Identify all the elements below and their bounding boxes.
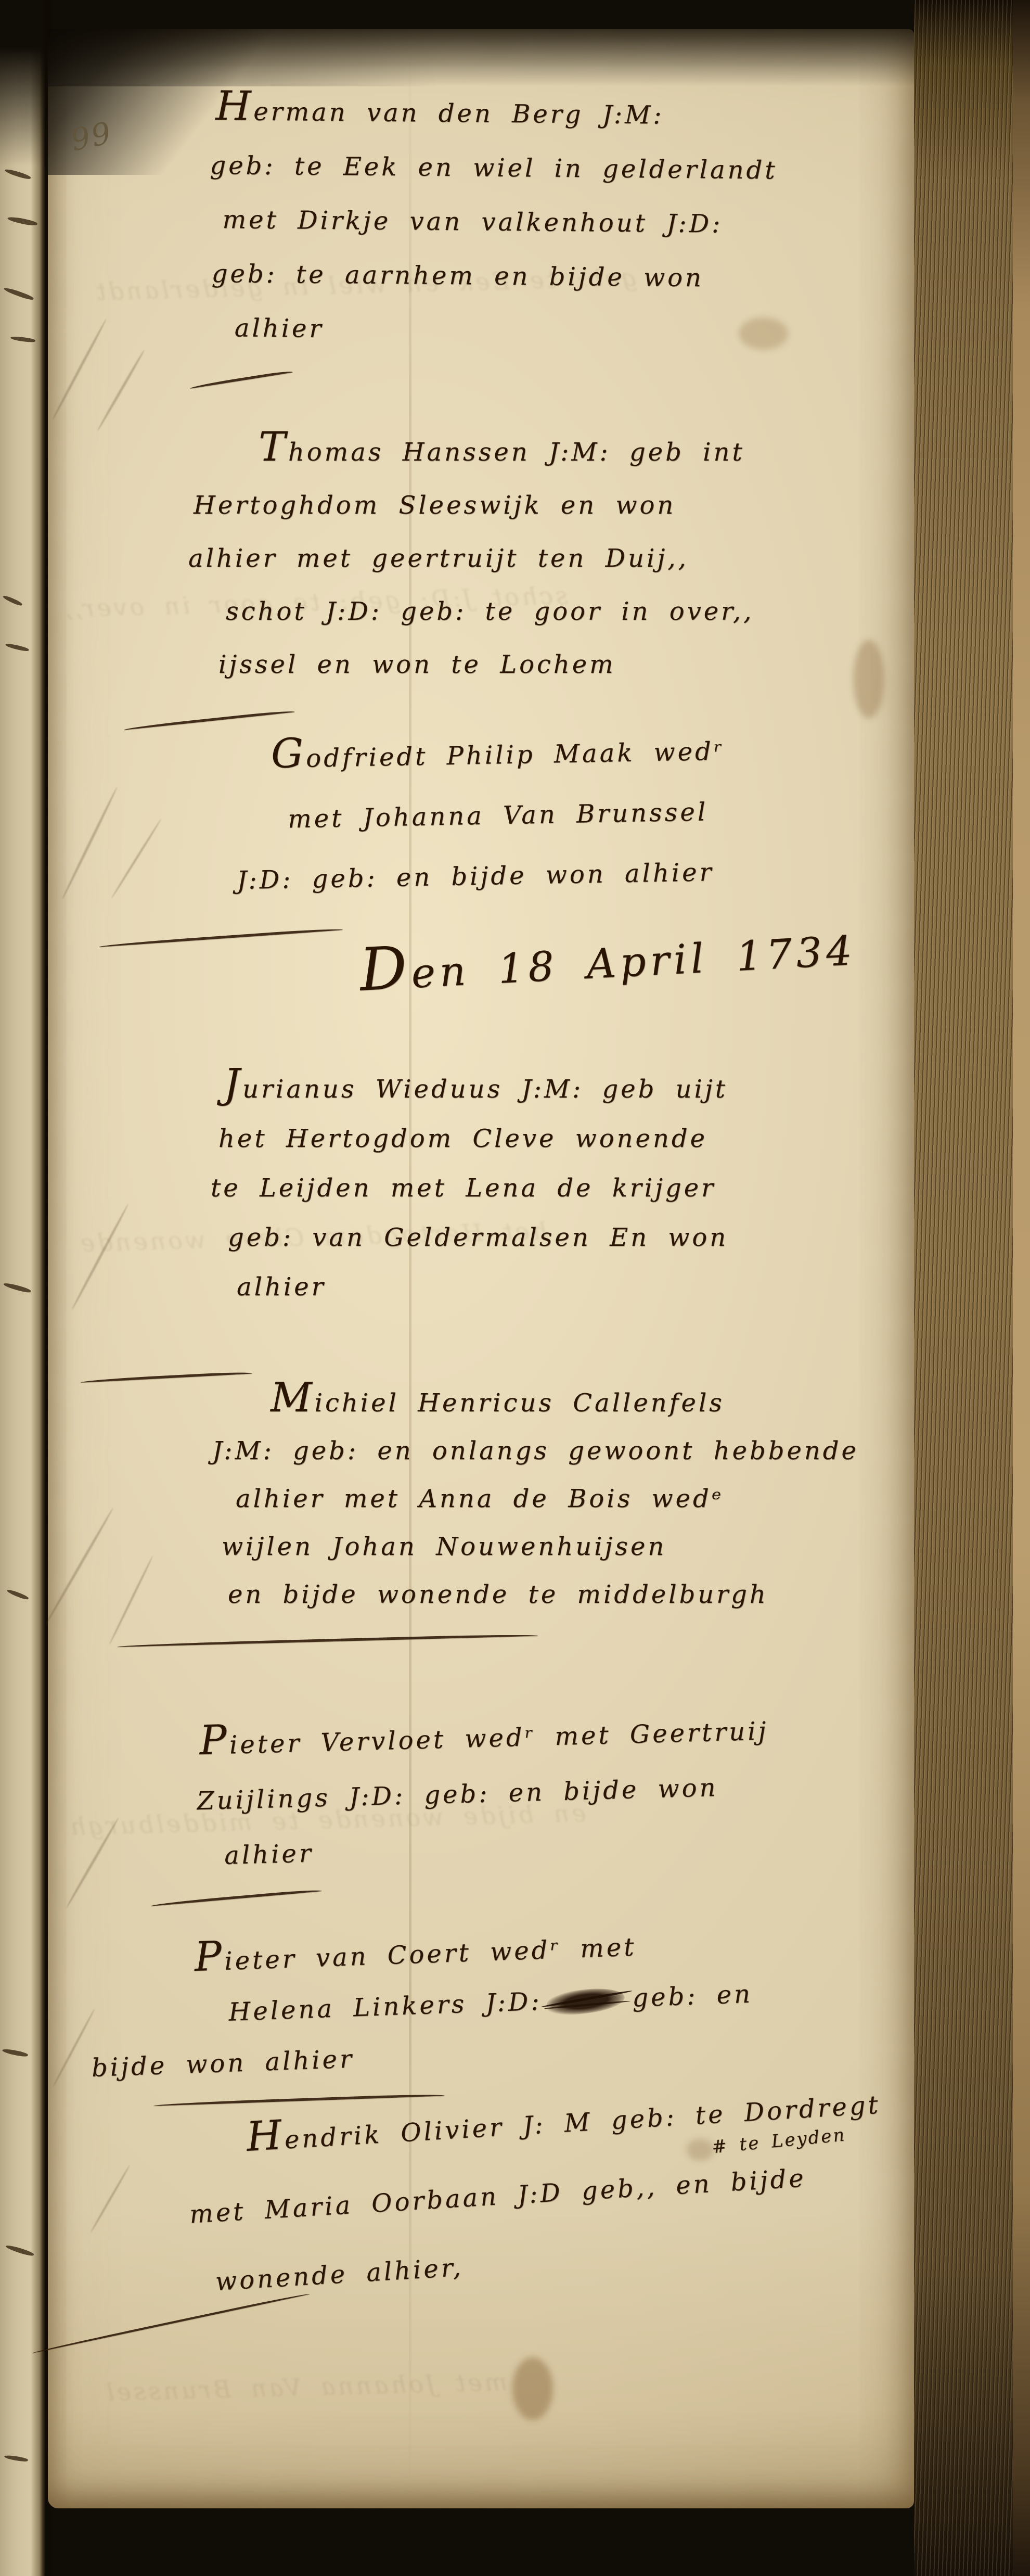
marriage-entry: Herman van den Berg J:M: geb: te Eek en … (213, 79, 778, 360)
marriage-entry: Pieter van Coert wedʳ met Helena Linkers… (194, 1912, 755, 2090)
previous-page-sliver (0, 0, 45, 2576)
entry-line: met Dirkje van valkenhout J:D: (222, 193, 777, 251)
entry-line: geb: te Eek en wiel in gelderlandt (210, 138, 778, 198)
marriage-entry: Michiel Henricus Callenfels J:M: geb: en… (212, 1374, 859, 1618)
entry-line: alhier (234, 301, 776, 360)
book-fore-edge (914, 0, 1013, 2576)
entry-line: ijssel en won te Lochem (218, 638, 754, 691)
entry-line-segment: Helena Linkers J:D: (228, 1987, 542, 2027)
entry-line: geb: van Geldermalsen En won (228, 1213, 728, 1263)
entry-line: wijlen Johan Nouwenhuijsen (222, 1523, 859, 1571)
entry-line: alhier met Anna de Bois wedᵉ (236, 1475, 859, 1523)
outer-page-edge (1013, 0, 1030, 2576)
entry-line: Herman van den Berg J:M: (215, 79, 778, 143)
entry-line: Godfriedt Philip Maak wedʳ (271, 716, 725, 789)
entry-line: alhier met geertruijt ten Duij,, (188, 532, 754, 585)
entry-line: het Hertogdom Cleve wonende (218, 1114, 728, 1164)
entry-line-segment: geb: en (632, 1980, 753, 2013)
marriage-entry: Pieter Vervloet wedʳ met Geertruij Zuijl… (199, 1698, 772, 1884)
marriage-entry: Thomas Hanssen J:M: geb int Hertoghdom S… (194, 420, 754, 691)
entry-line: Hertoghdom Sleeswijk en won (194, 479, 754, 532)
entry-line: te Leijden met Lena de krijger (211, 1164, 728, 1213)
marriage-entry: Hendrik Olivier J: M geb: te Dordregt me… (183, 2065, 891, 2318)
entry-line: met Johanna Van Brunssel (287, 782, 726, 850)
entry-line: Michiel Henricus Callenfels (271, 1374, 859, 1427)
ink-scribble (546, 1985, 626, 2018)
entry-line: Jurianus Wieduus J:M: geb uijt (224, 1060, 728, 1114)
entry-line: J:M: geb: en onlangs gewoont hebbende (212, 1427, 859, 1475)
entry-line: Thomas Hanssen J:M: geb int (259, 420, 754, 479)
marriage-entry: Godfriedt Philip Maak wedʳ met Johanna V… (237, 716, 727, 911)
entry-line: alhier (237, 1263, 728, 1312)
interlinear-insertion: # te Leyden (709, 2100, 849, 2182)
entry-line: schot J:D: geb: te goor in over,, (226, 585, 754, 638)
entry-line: J:D: geb: en bijde won alhier (236, 842, 727, 911)
manuscript-scan: geb: te Eek en wiel in gelderlandt schot… (0, 0, 1030, 2576)
marriage-entry: Jurianus Wieduus J:M: geb uijt het Herto… (218, 1060, 728, 1312)
entry-line: en bijde wonende te middelburgh (228, 1571, 859, 1618)
entry-line: geb: te aarnhem en bijde won (211, 247, 777, 305)
